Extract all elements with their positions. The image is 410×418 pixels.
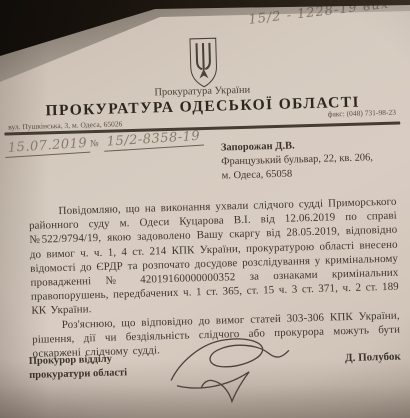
handwritten-registration-note: 15/2 - 1228-19 вих [247,0,389,28]
fax-number: факс: (048) 731-98-23 [328,108,397,119]
signer-role: Прокурор відділу прокуратури області [29,352,128,383]
signer-name: Д. Полубок [345,351,401,365]
body-paragraph-1: Повідомляю, що на виконання ухвали слідч… [28,195,399,319]
letter-date: 15.07.2019 [4,136,90,158]
signature-scribble-icon [164,331,296,412]
document-photo: 15/2 - 1228-19 вих Прокуратура України П… [0,0,410,418]
letter-page: 15/2 - 1228-19 вих Прокуратура України П… [0,0,410,418]
number-sign: № [90,139,100,150]
addressee-city: м. Одеса, 65058 [221,165,373,183]
addressee-block: Запорожан Д.В. Французький бульвар, 22, … [221,137,374,183]
signer-role-line2: прокуратури області [29,366,127,383]
